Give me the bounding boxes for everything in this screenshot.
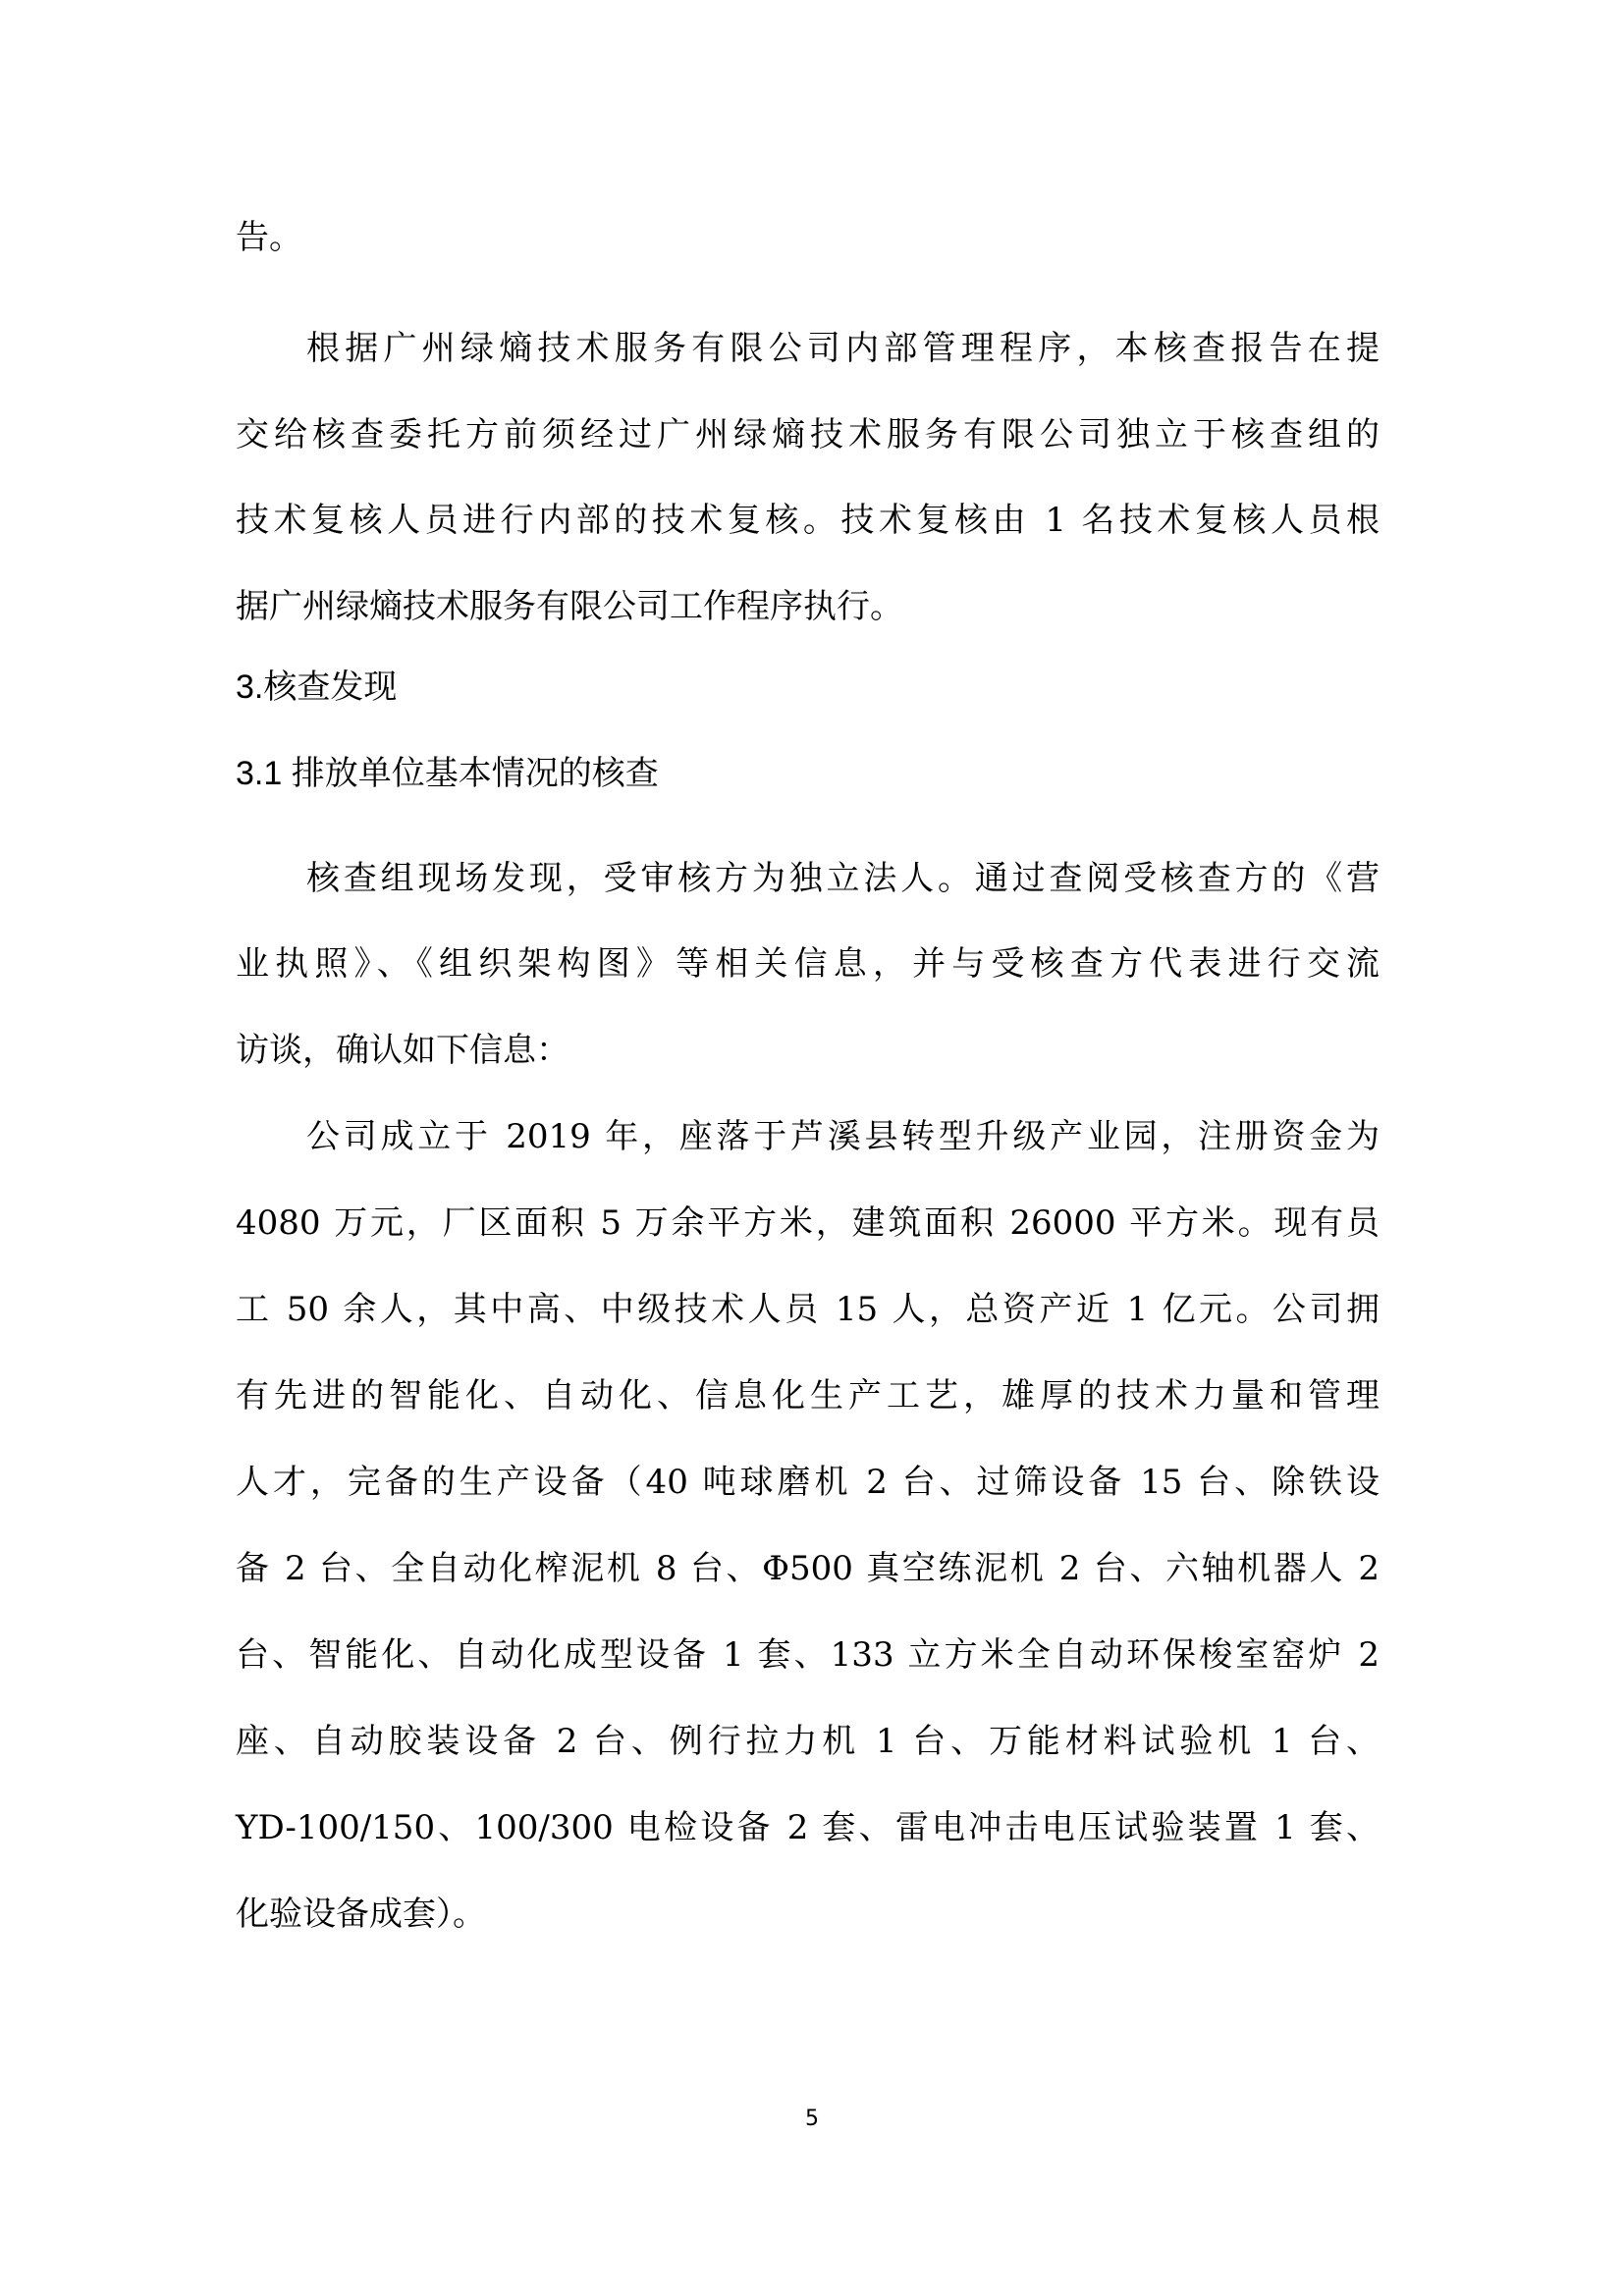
paragraph-line: 访谈，确认如下信息： <box>236 1031 1380 1070</box>
paragraph-line: 台、智能化、自动化成型设备 1 套、133 立方米全自动环保梭室窑炉 2 <box>236 1635 1380 1675</box>
document-page: 告。 根据广州绿熵技术服务有限公司内部管理程序，本核查报告在提 交给核查委托方前… <box>0 0 1624 2296</box>
paragraph-line: 工 50 余人，其中高、中级技术人员 15 人，总资产近 1 亿元。公司拥 <box>236 1290 1380 1329</box>
paragraph-line: 备 2 台、全自动化榨泥机 8 台、Φ500 真空练泥机 2 台、六轴机器人 2 <box>236 1549 1380 1588</box>
paragraph-line: YD-100/150、100/300 电检设备 2 套、雷电冲击电压试验装置 1… <box>236 1808 1380 1847</box>
section-heading-3-1: 3.1 排放单位基本情况的核查 <box>236 754 1380 793</box>
paragraph-line: 人才，完备的生产设备（40 吨球磨机 2 台、过筛设备 15 台、除铁设 <box>236 1463 1380 1502</box>
paragraph-line: 4080 万元，厂区面积 5 万余平方米，建筑面积 26000 平方米。现有员 <box>236 1203 1380 1243</box>
paragraph-line: 核查组现场发现，受审核方为独立法人。通过查阅受核查方的《营 <box>306 859 1380 898</box>
paragraph-line: 根据广州绿熵技术服务有限公司内部管理程序，本核查报告在提 <box>306 329 1380 368</box>
section-heading-3: 3.核查发现 <box>236 667 1380 707</box>
paragraph-line: 据广州绿熵技术服务有限公司工作程序执行。 <box>236 587 1380 626</box>
paragraph-line: 技术复核人员进行内部的技术复核。技术复核由 1 名技术复核人员根 <box>236 501 1380 540</box>
paragraph-line: 公司成立于 2019 年，座落于芦溪县转型升级产业园，注册资金为 <box>306 1117 1380 1156</box>
paragraph-line: 化验设备成套）。 <box>236 1895 1380 1934</box>
continuation-line: 告。 <box>236 218 1380 257</box>
paragraph-line: 座、自动胶装设备 2 台、例行拉力机 1 台、万能材料试验机 1 台、 <box>236 1722 1380 1761</box>
paragraph-line: 业执照》、《组织架构图》等相关信息，并与受核查方代表进行交流 <box>236 944 1380 984</box>
paragraph-line: 有先进的智能化、自动化、信息化生产工艺，雄厚的技术力量和管理 <box>236 1376 1380 1415</box>
page-number: 5 <box>0 2106 1624 2133</box>
paragraph-line: 交给核查委托方前须经过广州绿熵技术服务有限公司独立于核查组的 <box>236 415 1380 454</box>
